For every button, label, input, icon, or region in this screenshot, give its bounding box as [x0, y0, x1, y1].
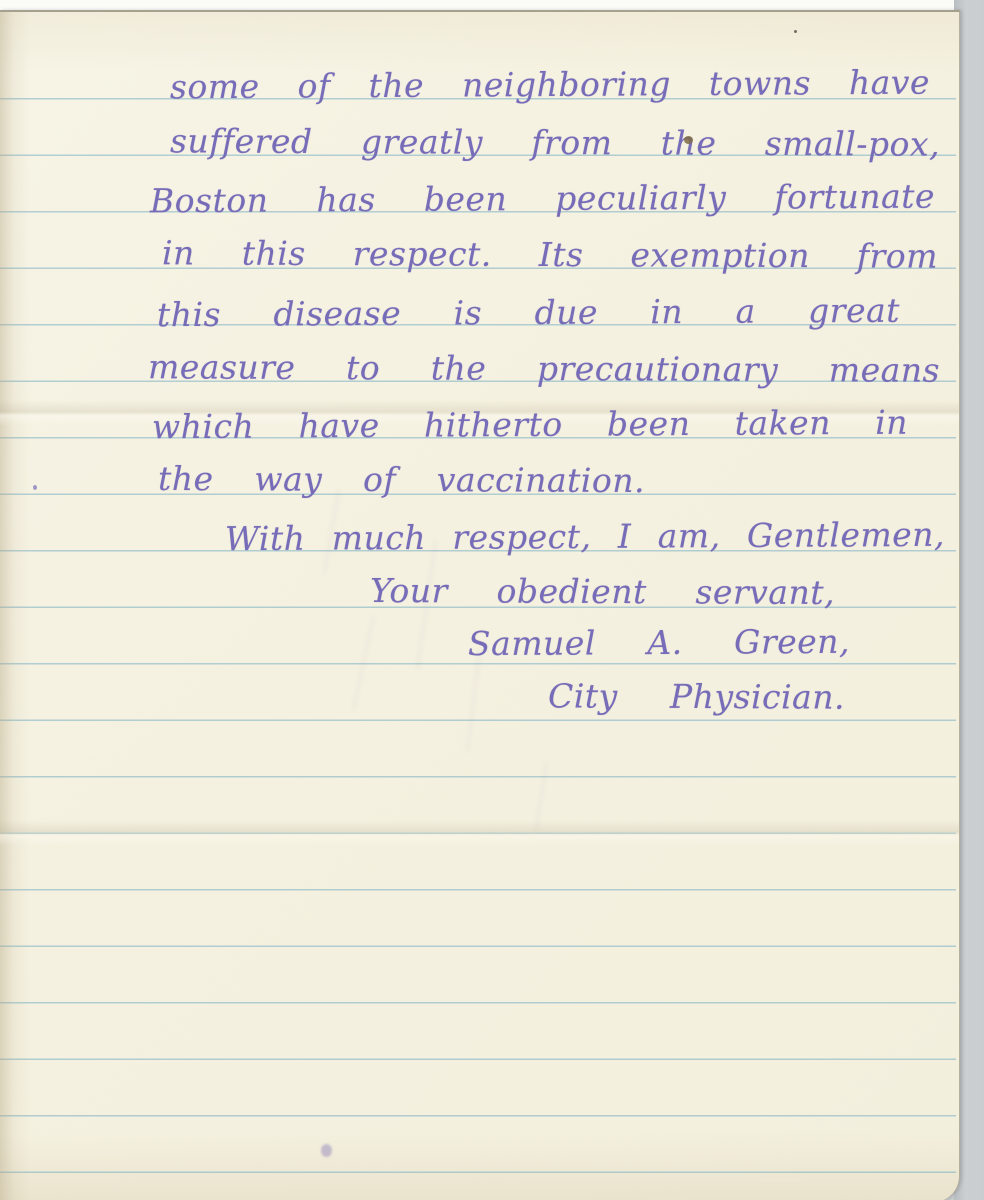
- handwriting-line: measure to the precautionary means: [148, 344, 940, 397]
- closing-line: Your obedient servant,: [370, 568, 835, 620]
- fold-crease-lower: [0, 820, 959, 846]
- handwriting-line: the way of vaccination.: [158, 456, 645, 508]
- paper-speck: [684, 136, 693, 144]
- handwriting-line: some of the neighboring towns have: [170, 60, 930, 115]
- ink-dot: [33, 485, 37, 490]
- page-left-edge-shadow: [0, 12, 30, 1200]
- handwriting-line: which have hitherto been taken in: [152, 400, 908, 455]
- paper-speck: [794, 30, 797, 33]
- handwriting-line: in this respect. Its exemption from: [162, 230, 938, 283]
- handwriting-line: suffered greatly from the small-pox,: [170, 118, 940, 171]
- signature-line: Samuel A. Green,: [468, 619, 850, 671]
- ink-smudge: [321, 1144, 332, 1157]
- scanner-bed-top-strip: [0, 0, 984, 10]
- document-scan: some of the neighboring towns have suffe…: [0, 0, 984, 1200]
- handwriting-line: Boston has been peculiarly fortunate: [150, 174, 935, 229]
- handwriting-line: this disease is due in a great: [157, 288, 900, 343]
- signature-title-line: City Physician.: [548, 673, 845, 724]
